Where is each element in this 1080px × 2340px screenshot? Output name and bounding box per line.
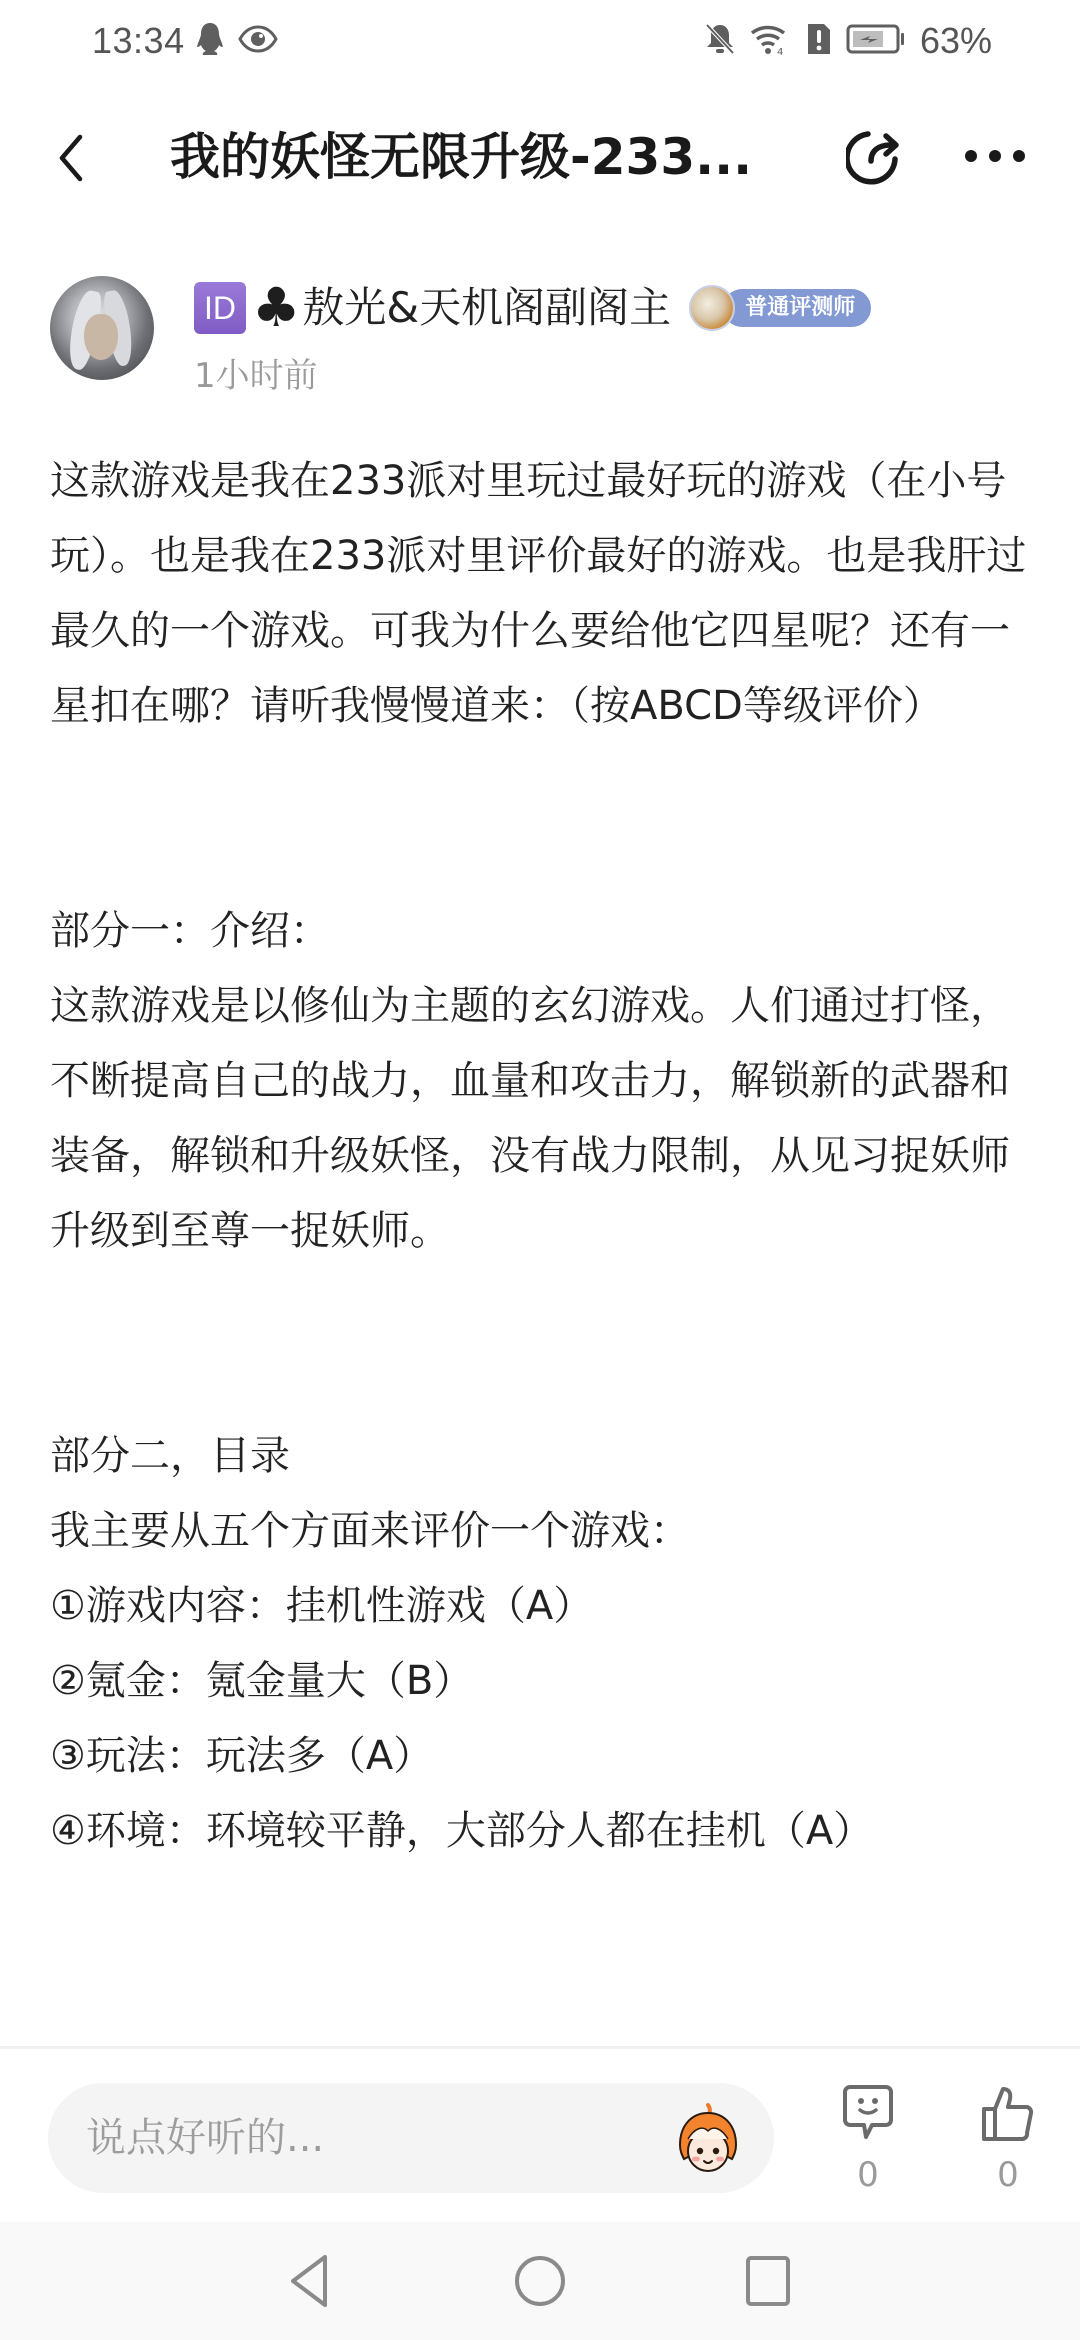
comment-input[interactable]: 说点好听的... — [48, 2083, 774, 2193]
recents-square-icon — [743, 2253, 793, 2309]
status-right-icons: 4 63% — [704, 20, 992, 62]
chevron-left-icon — [56, 133, 86, 183]
section-heading-intro: 部分一：介绍： — [50, 894, 1040, 969]
post-paragraph-aspects: 我主要从五个方面来评价一个游戏： — [50, 1494, 1040, 1569]
list-item: ①游戏内容：挂机性游戏（A） — [50, 1569, 1040, 1644]
author-name[interactable]: 敖光&天机阁副阁主 — [302, 280, 671, 336]
like-count: 0 — [997, 2155, 1019, 2195]
comment-smile-icon — [842, 2083, 894, 2145]
status-time: 13:34 — [92, 20, 185, 62]
svg-text:4: 4 — [777, 47, 783, 56]
list-item: ③玩法：玩法多（A） — [50, 1719, 1040, 1794]
comment-count: 0 — [857, 2155, 879, 2195]
comment-placeholder: 说点好听的... — [86, 2083, 324, 2193]
post-content: 这款游戏是我在233派对里玩过最好玩的游戏（在小号玩）。也是我在233派对里评价… — [50, 444, 1040, 2044]
nav-home-button[interactable] — [500, 2246, 580, 2316]
club-suit-icon: ♣ — [252, 281, 300, 335]
status-bar: 13:34 4 63% — [0, 0, 1080, 88]
nav-back-button[interactable] — [270, 2246, 350, 2316]
reviewer-badge: 普通评测师 — [689, 286, 871, 330]
post-paragraph-intro: 这款游戏是我在233派对里玩过最好玩的游戏（在小号玩）。也是我在233派对里评价… — [50, 444, 1040, 744]
nav-recents-button[interactable] — [728, 2246, 808, 2316]
mascot-emoji-icon — [668, 2101, 748, 2181]
author-row: ID ♣ 敖光&天机阁副阁主 普通评测师 1小时前 — [50, 276, 1050, 386]
eye-icon — [238, 24, 278, 58]
post-paragraph-description: 这款游戏是以修仙为主题的玄幻游戏。人们通过打怪，不断提高自己的战力，血量和攻击力… — [50, 969, 1040, 1269]
page-title: 我的妖怪无限升级-233... — [170, 124, 800, 190]
system-nav-bar — [0, 2222, 1080, 2340]
section-heading-contents: 部分二，目录 — [50, 1419, 1040, 1494]
reviewer-badge-avatar-icon — [689, 285, 735, 331]
status-left-icons — [196, 22, 278, 60]
more-options-button[interactable] — [960, 126, 1030, 186]
back-button[interactable] — [46, 128, 96, 188]
thumbs-up-icon — [980, 2083, 1036, 2145]
share-icon — [846, 125, 906, 189]
battery-charging-icon — [846, 23, 906, 59]
wifi-4g-icon: 4 — [750, 22, 792, 60]
share-button[interactable] — [843, 122, 909, 192]
more-dots-icon — [963, 148, 1027, 164]
top-app-bar: 我的妖怪无限升级-233... — [0, 100, 1080, 216]
id-badge-icon: ID — [194, 282, 246, 334]
list-item: ②氪金：氪金量大（B） — [50, 1644, 1040, 1719]
reviewer-badge-label: 普通评测师 — [723, 289, 871, 327]
mute-bell-icon — [704, 22, 736, 60]
qq-penguin-icon — [196, 22, 224, 60]
battery-percentage: 63% — [920, 20, 992, 62]
comment-button[interactable]: 0 — [828, 2083, 908, 2203]
list-item: ④环境：环境较平静，大部分人都在挂机（A） — [50, 1794, 1040, 1869]
back-triangle-icon — [287, 2253, 333, 2309]
author-name-row: ID ♣ 敖光&天机阁副阁主 普通评测师 — [194, 280, 871, 336]
bottom-comment-bar: 说点好听的... 0 0 — [0, 2046, 1080, 2222]
emoji-mascot-button[interactable] — [668, 2101, 748, 2181]
avatar[interactable] — [50, 276, 154, 380]
post-time: 1小时前 — [194, 348, 318, 397]
like-button[interactable]: 0 — [968, 2083, 1048, 2203]
sim-alert-icon — [806, 22, 832, 60]
home-circle-icon — [512, 2253, 568, 2309]
